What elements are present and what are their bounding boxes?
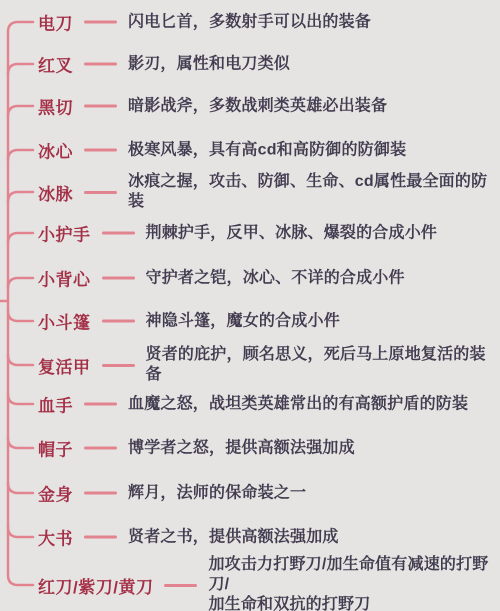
- connector-lines: [0, 0, 500, 611]
- item-description: 博学者之怒，提供高额法强加成: [128, 438, 355, 458]
- item-label: 冰心: [38, 138, 73, 163]
- item-description: 影刃，属性和电刀类似: [128, 54, 290, 74]
- mindmap-row: 红叉 影刃，属性和电刀类似: [38, 52, 290, 77]
- dash-line-icon: [84, 492, 117, 495]
- mindmap-row: 帽子 博学者之怒，提供高额法强加成: [38, 436, 355, 461]
- item-label: 红刀/紫刀/黄刀: [38, 573, 153, 598]
- item-description: 暗影战斧，多数战刺类英雄必出装备: [128, 96, 387, 116]
- dash-line-icon: [102, 232, 135, 235]
- item-label: 血手: [38, 392, 73, 417]
- dash-line-icon: [84, 21, 117, 24]
- mindmap-row: 冰心 极寒风暴，具有高cd和高防御的防御装: [38, 138, 406, 163]
- item-description: 神隐斗篷，魔女的合成小件: [146, 311, 340, 331]
- mindmap-row: 红刀/紫刀/黄刀 加攻击力打野刀/加生命值有减速的打野刀/ 加生命和双抗的打野刀: [38, 555, 500, 611]
- dash-line-icon: [164, 584, 197, 587]
- item-label: 大书: [38, 525, 73, 550]
- item-label: 复活甲: [38, 353, 91, 378]
- mindmap-row: 血手 血魔之怒，战坦类英雄常出的有高额护盾的防装: [38, 392, 468, 417]
- mindmap-row: 小护手 荆棘护手，反甲、冰脉、爆裂的合成小件: [38, 221, 437, 246]
- mindmap-row: 金身 辉月，法师的保命装之一: [38, 481, 306, 506]
- dash-line-icon: [84, 536, 117, 539]
- dash-line-icon: [84, 403, 117, 406]
- dash-line-icon: [102, 320, 135, 323]
- dash-line-icon: [84, 105, 117, 108]
- item-description: 贤者的庇护，顾名思义，死后马上原地复活的装备: [146, 345, 500, 385]
- dash-line-icon: [102, 277, 135, 280]
- mindmap-row: 复活甲 贤者的庇护，顾名思义，死后马上原地复活的装备: [38, 345, 500, 385]
- item-description: 冰痕之握，攻击、防御、生命、cd属性最全面的防装: [128, 172, 500, 212]
- item-description: 贤者之书，提供高额法强加成: [128, 527, 339, 547]
- dash-line-icon: [102, 364, 135, 367]
- item-description: 闪电匕首，多数射手可以出的装备: [128, 12, 371, 32]
- mindmap-row: 冰脉 冰痕之握，攻击、防御、生命、cd属性最全面的防装: [38, 172, 500, 212]
- item-description: 加攻击力打野刀/加生命值有减速的打野刀/ 加生命和双抗的打野刀: [208, 555, 500, 611]
- item-description: 守护者之铠，冰心、不详的合成小件: [146, 268, 405, 288]
- dash-line-icon: [84, 447, 117, 450]
- item-description: 血魔之怒，战坦类英雄常出的有高额护盾的防装: [128, 394, 468, 414]
- item-label: 红叉: [38, 52, 73, 77]
- item-description: 荆棘护手，反甲、冰脉、爆裂的合成小件: [146, 223, 438, 243]
- mindmap: 电刀 闪电匕首，多数射手可以出的装备 红叉 影刃，属性和电刀类似 黑切 暗影战斧…: [0, 0, 500, 611]
- dash-line-icon: [84, 191, 117, 194]
- item-label: 电刀: [38, 10, 73, 35]
- item-label: 小护手: [38, 221, 91, 246]
- mindmap-row: 大书 贤者之书，提供高额法强加成: [38, 525, 339, 550]
- mindmap-row: 小斗篷 神隐斗篷，魔女的合成小件: [38, 309, 340, 334]
- item-description: 辉月，法师的保命装之一: [128, 483, 306, 503]
- dash-line-icon: [84, 149, 117, 152]
- mindmap-row: 电刀 闪电匕首，多数射手可以出的装备: [38, 10, 371, 35]
- item-label: 小斗篷: [38, 309, 91, 334]
- item-label: 小背心: [38, 266, 91, 291]
- item-label: 黑切: [38, 94, 73, 119]
- item-label: 金身: [38, 481, 73, 506]
- item-label: 帽子: [38, 436, 73, 461]
- mindmap-row: 黑切 暗影战斧，多数战刺类英雄必出装备: [38, 94, 387, 119]
- mindmap-row: 小背心 守护者之铠，冰心、不详的合成小件: [38, 266, 405, 291]
- item-label: 冰脉: [38, 180, 73, 205]
- dash-line-icon: [84, 63, 117, 66]
- item-description: 极寒风暴，具有高cd和高防御的防御装: [128, 140, 406, 160]
